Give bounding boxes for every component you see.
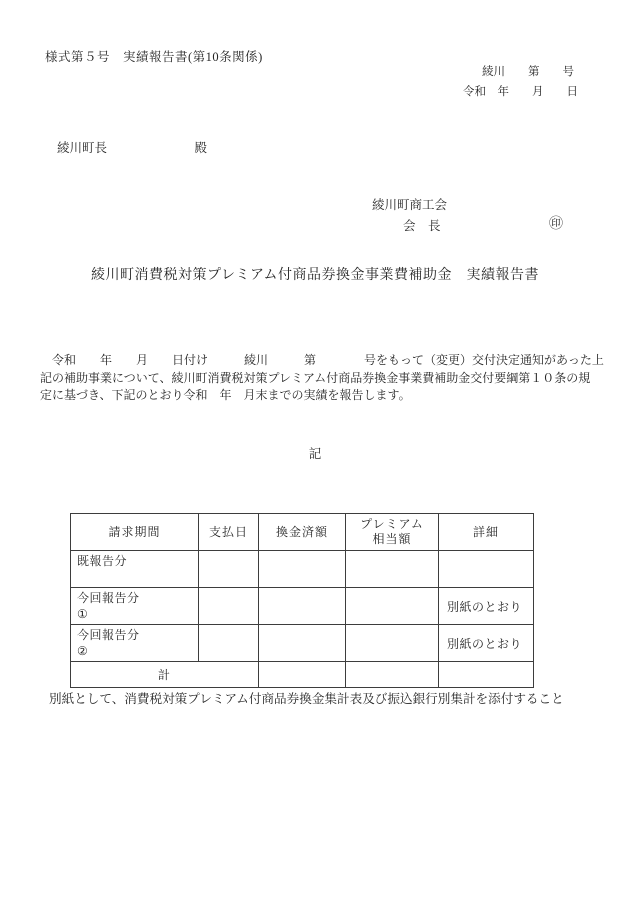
table-row-current-report-2: 今回報告分 ② 別紙のとおり: [71, 625, 534, 662]
form-number-label: 様式第５号 実績報告書(第10条関係): [45, 47, 263, 65]
payment-date-cell: [199, 551, 259, 588]
premium-amount-cell: [346, 551, 439, 588]
total-exchanged-amount-cell: [259, 662, 346, 688]
document-number-line: 綾川 第 号: [482, 63, 574, 79]
addressee-line: 綾川町長 殿: [57, 138, 207, 156]
table-total-row: 計: [71, 662, 534, 688]
col-header-payment-date: 支払日: [199, 514, 259, 551]
table-row-current-report-1: 今回報告分 ① 別紙のとおり: [71, 588, 534, 625]
row-label-current-report-1: 今回報告分 ①: [71, 588, 199, 625]
col-header-premium-amount: プレミアム 相当額: [346, 514, 439, 551]
body-line-2: 記の補助事業について、綾川町消費税対策プレミアム付商品券換金事業費補助金交付要綱…: [40, 370, 604, 388]
total-label: 計: [71, 662, 259, 688]
document-date-line: 令和 年 月 日: [463, 83, 578, 99]
table-header-row: 請求期間 支払日 換金済額 プレミアム 相当額 詳細: [71, 514, 534, 551]
detail-cell: 別紙のとおり: [439, 625, 534, 662]
premium-amount-cell: [346, 588, 439, 625]
sender-chairman-title: 会 長: [403, 216, 441, 234]
section-marker: 記: [0, 444, 630, 462]
payment-date-cell: [199, 588, 259, 625]
col-header-billing-period: 請求期間: [71, 514, 199, 551]
body-paragraph: 令和 年 月 日付け 綾川 第 号をもって（変更）交付決定通知があった上 記の補…: [40, 352, 604, 405]
detail-cell: 別紙のとおり: [439, 588, 534, 625]
attachment-note: 別紙として、消費税対策プレミアム付商品券換金集計表及び振込銀行別集計を添付するこ…: [49, 688, 564, 707]
row-label-current-report-2: 今回報告分 ②: [71, 625, 199, 662]
table-row-previously-reported: 既報告分: [71, 551, 534, 588]
col-header-detail: 詳細: [439, 514, 534, 551]
body-line-3: 定に基づき、下記のとおり令和 年 月末までの実績を報告します。: [40, 387, 604, 405]
exchanged-amount-cell: [259, 551, 346, 588]
total-premium-amount-cell: [346, 662, 439, 688]
col-header-exchanged-amount: 換金済額: [259, 514, 346, 551]
exchanged-amount-cell: [259, 625, 346, 662]
payment-date-cell: [199, 625, 259, 662]
detail-cell: [439, 551, 534, 588]
seal-stamp-icon: ㊞: [549, 213, 563, 233]
exchanged-amount-cell: [259, 588, 346, 625]
row-label-previously-reported: 既報告分: [71, 551, 199, 588]
document-title: 綾川町消費税対策プレミアム付商品券換金事業費補助金 実績報告書: [0, 264, 630, 284]
premium-amount-cell: [346, 625, 439, 662]
body-line-1: 令和 年 月 日付け 綾川 第 号をもって（変更）交付決定通知があった上: [40, 352, 604, 370]
document-page: 様式第５号 実績報告書(第10条関係) 綾川 第 号 令和 年 月 日 綾川町長…: [0, 0, 630, 903]
report-table: 請求期間 支払日 換金済額 プレミアム 相当額 詳細 既報告分 今回報告分 ① …: [70, 513, 534, 688]
sender-organization: 綾川町商工会: [372, 195, 447, 213]
total-detail-cell: [439, 662, 534, 688]
